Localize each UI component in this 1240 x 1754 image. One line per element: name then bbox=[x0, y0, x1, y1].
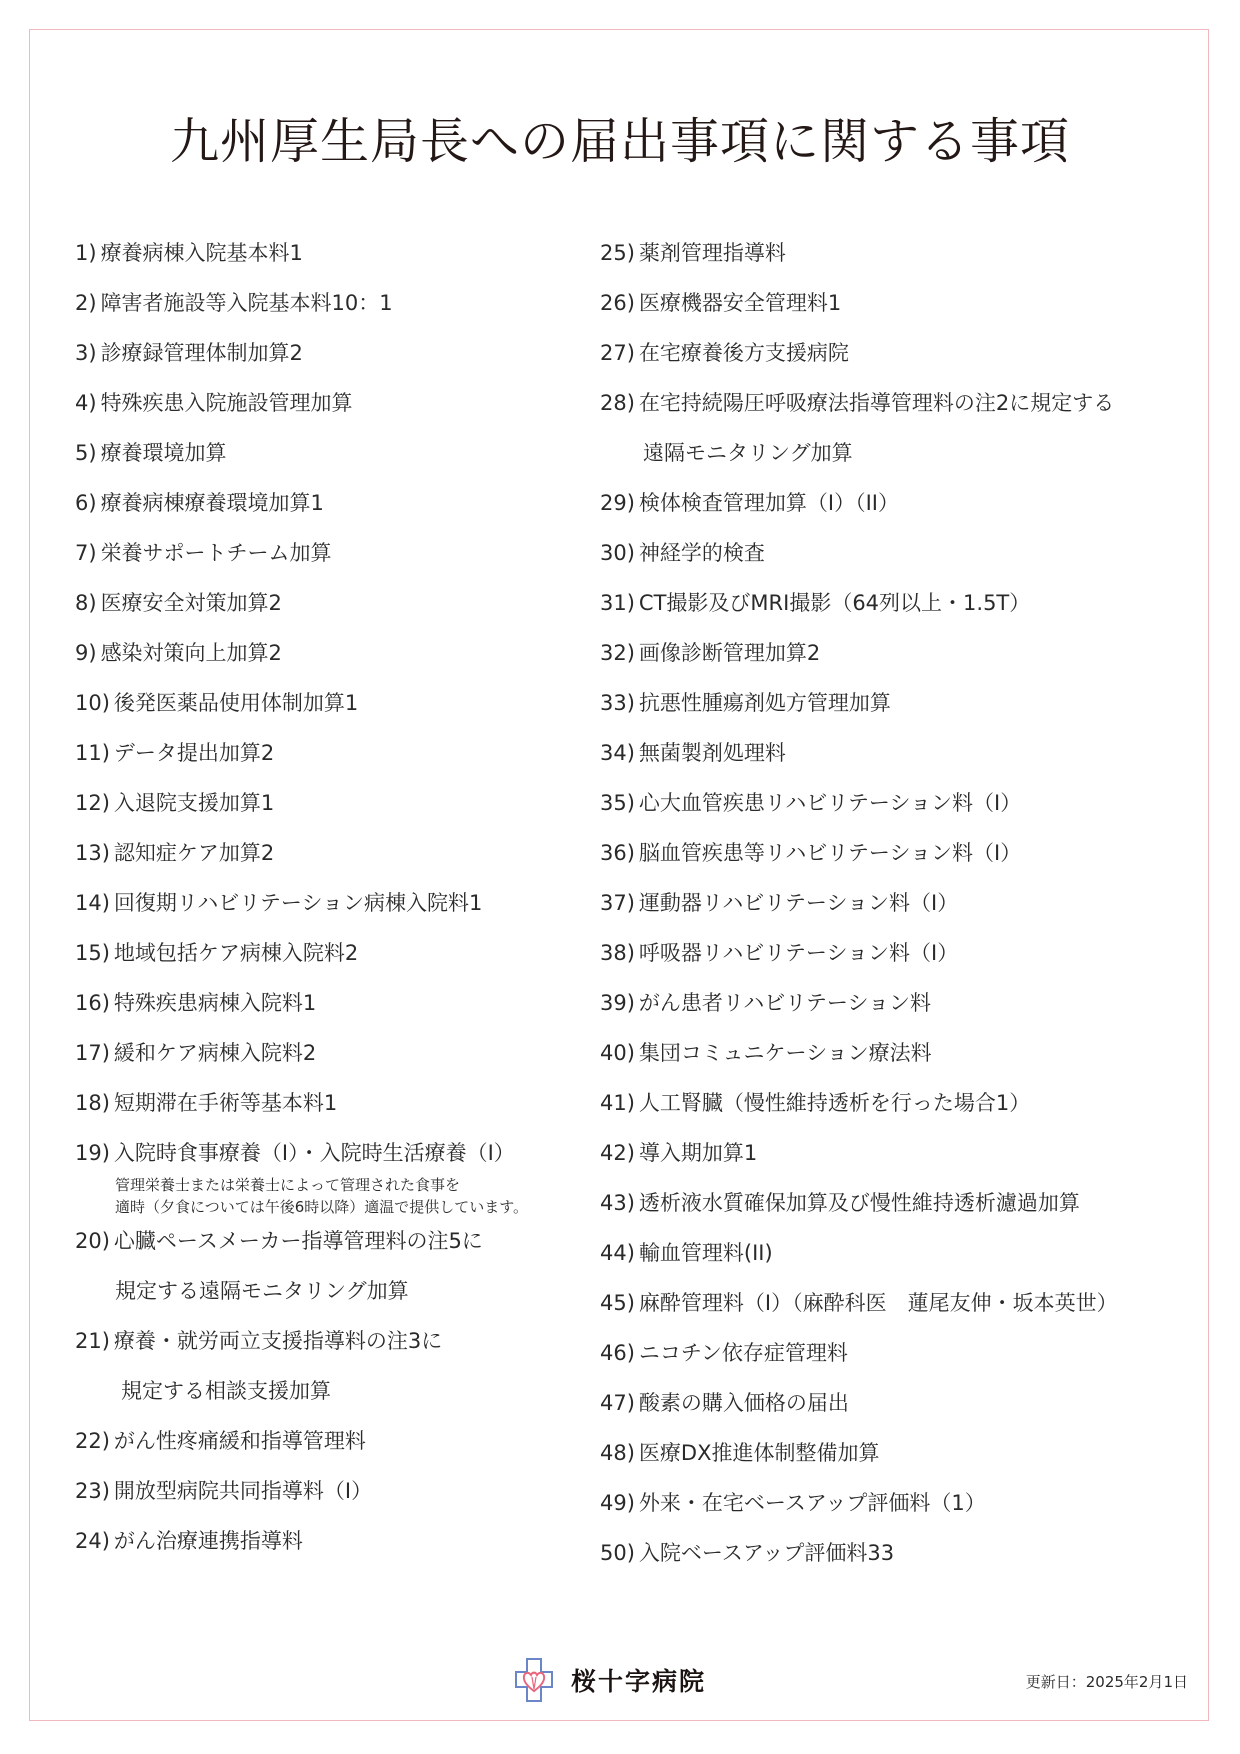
item-text: 心臓ペースメーカー指導管理料の注5に bbox=[114, 1229, 483, 1253]
list-item: 31)CT撮影及びMRI撮影（64列以上・1.5T） bbox=[600, 586, 1190, 636]
item-number: 21) bbox=[75, 1329, 110, 1353]
item-number: 41) bbox=[600, 1091, 635, 1115]
item-number: 42) bbox=[600, 1141, 635, 1165]
item-text: 特殊疾患病棟入院料1 bbox=[114, 991, 316, 1015]
list-item: 22)がん性疼痛緩和指導管理料 bbox=[75, 1424, 595, 1474]
list-item: 40)集団コミュニケーション療法料 bbox=[600, 1036, 1190, 1086]
item-number: 49) bbox=[600, 1491, 635, 1515]
list-item: 32)画像診断管理加算2 bbox=[600, 636, 1190, 686]
item-number: 2) bbox=[75, 291, 97, 315]
left-column: 1)療養病棟入院基本料1 2)障害者施設等入院基本料10：1 3)診療録管理体制… bbox=[75, 236, 595, 1574]
list-item: 14)回復期リハビリテーション病棟入院料1 bbox=[75, 886, 595, 936]
list-item: 23)開放型病院共同指導料（I） bbox=[75, 1474, 595, 1524]
item-number: 46) bbox=[600, 1341, 635, 1365]
list-item: 35)心大血管疾患リハビリテーション料（I） bbox=[600, 786, 1190, 836]
list-item: 17)緩和ケア病棟入院料2 bbox=[75, 1036, 595, 1086]
item-number: 14) bbox=[75, 891, 110, 915]
list-item: 11)データ提出加算2 bbox=[75, 736, 595, 786]
list-item: 45)麻酔管理料（I）（麻酔科医 蓮尾友伸・坂本英世） bbox=[600, 1286, 1190, 1336]
list-item: 9)感染対策向上加算2 bbox=[75, 636, 595, 686]
hospital-logo: 桜十字病院 bbox=[515, 1658, 706, 1702]
item-number: 15) bbox=[75, 941, 110, 965]
item-number: 18) bbox=[75, 1091, 110, 1115]
item-number: 9) bbox=[75, 641, 97, 665]
item-text: データ提出加算2 bbox=[114, 741, 274, 765]
list-item: 4)特殊疾患入院施設管理加算 bbox=[75, 386, 595, 436]
list-item: 49)外来・在宅ベースアップ評価料（1） bbox=[600, 1486, 1190, 1536]
item-text: 短期滞在手術等基本料1 bbox=[114, 1091, 337, 1115]
item-number: 19) bbox=[75, 1141, 110, 1165]
list-item: 26)医療機器安全管理料1 bbox=[600, 286, 1190, 336]
item-text: 認知症ケア加算2 bbox=[114, 841, 274, 865]
item-text: 感染対策向上加算2 bbox=[101, 641, 282, 665]
item-number: 27) bbox=[600, 341, 635, 365]
item-number: 50) bbox=[600, 1541, 635, 1565]
item-number: 23) bbox=[75, 1479, 110, 1503]
item-text: 酸素の購入価格の届出 bbox=[639, 1391, 849, 1415]
item-text: 神経学的検査 bbox=[639, 541, 765, 565]
list-item: 50)入院ベースアップ評価料33 bbox=[600, 1536, 1190, 1586]
item-text: 在宅持続陽圧呼吸療法指導管理料の注2に規定する bbox=[639, 391, 1114, 415]
item-text: 診療録管理体制加算2 bbox=[101, 341, 303, 365]
list-item: 38)呼吸器リハビリテーション料（I） bbox=[600, 936, 1190, 986]
list-item: 18)短期滞在手術等基本料1 bbox=[75, 1086, 595, 1136]
item-text: 呼吸器リハビリテーション料（I） bbox=[639, 941, 958, 965]
item-number: 13) bbox=[75, 841, 110, 865]
item-text: 集団コミュニケーション療法料 bbox=[639, 1041, 932, 1065]
item-text: 療養病棟療養環境加算1 bbox=[101, 491, 324, 515]
list-item-continuation: 規定する相談支援加算 bbox=[75, 1374, 595, 1424]
list-item: 33)抗悪性腫瘍剤処方管理加算 bbox=[600, 686, 1190, 736]
item-text: 遠隔モニタリング加算 bbox=[643, 441, 853, 465]
list-item: 21)療養・就労両立支援指導料の注3に bbox=[75, 1324, 595, 1374]
item-text: 障害者施設等入院基本料10：1 bbox=[101, 291, 393, 315]
item-text: 療養環境加算 bbox=[101, 441, 227, 465]
list-item: 13)認知症ケア加算2 bbox=[75, 836, 595, 886]
list-item: 1)療養病棟入院基本料1 bbox=[75, 236, 595, 286]
item-text: 無菌製剤処理料 bbox=[639, 741, 786, 765]
item-number: 39) bbox=[600, 991, 635, 1015]
item-number: 35) bbox=[600, 791, 635, 815]
item-text: 人工腎臓（慢性維持透析を行った場合1） bbox=[639, 1091, 1030, 1115]
item-text: 透析液水質確保加算及び慢性維持透析濾過加算 bbox=[639, 1191, 1080, 1215]
item-number: 31) bbox=[600, 591, 635, 615]
item-text: 医療DX推進体制整備加算 bbox=[639, 1441, 880, 1465]
list-item: 43)透析液水質確保加算及び慢性維持透析濾過加算 bbox=[600, 1186, 1190, 1236]
item-text: がん性疼痛緩和指導管理料 bbox=[114, 1429, 366, 1453]
right-column: 25)薬剤管理指導料 26)医療機器安全管理料1 27)在宅療養後方支援病院 2… bbox=[600, 236, 1190, 1586]
item-number: 8) bbox=[75, 591, 97, 615]
item-text: 規定する遠隔モニタリング加算 bbox=[115, 1279, 409, 1303]
list-item: 25)薬剤管理指導料 bbox=[600, 236, 1190, 286]
item-text: がん患者リハビリテーション料 bbox=[639, 991, 931, 1015]
item-text: 画像診断管理加算2 bbox=[639, 641, 820, 665]
item-text: 療養病棟入院基本料1 bbox=[101, 241, 303, 265]
item-number: 25) bbox=[600, 241, 635, 265]
list-item: 7)栄養サポートチーム加算 bbox=[75, 536, 595, 586]
list-item: 36)脳血管疾患等リハビリテーション料（I） bbox=[600, 836, 1190, 886]
item-number: 36) bbox=[600, 841, 635, 865]
item-number: 24) bbox=[75, 1529, 110, 1553]
item-text: 医療機器安全管理料1 bbox=[639, 291, 841, 315]
list-item: 27)在宅療養後方支援病院 bbox=[600, 336, 1190, 386]
item-number: 26) bbox=[600, 291, 635, 315]
item-number: 22) bbox=[75, 1429, 110, 1453]
list-item: 42)導入期加算1 bbox=[600, 1136, 1190, 1186]
meal-service-note: 管理栄養士または栄養士によって管理された食事を 適時（夕食については午後6時以降… bbox=[75, 1174, 595, 1218]
list-item: 20)心臓ペースメーカー指導管理料の注5に bbox=[75, 1224, 595, 1274]
item-text: 在宅療養後方支援病院 bbox=[639, 341, 849, 365]
list-item-continuation: 遠隔モニタリング加算 bbox=[600, 436, 1190, 486]
note-line: 管理栄養士または栄養士によって管理された食事を bbox=[115, 1174, 595, 1196]
item-number: 7) bbox=[75, 541, 97, 565]
list-item: 15)地域包括ケア病棟入院料2 bbox=[75, 936, 595, 986]
list-item: 5)療養環境加算 bbox=[75, 436, 595, 486]
item-number: 44) bbox=[600, 1241, 635, 1265]
item-text: がん治療連携指導料 bbox=[114, 1529, 303, 1553]
item-number: 29) bbox=[600, 491, 635, 515]
item-number: 45) bbox=[600, 1291, 635, 1315]
item-text: 規定する相談支援加算 bbox=[121, 1379, 331, 1403]
item-number: 10) bbox=[75, 691, 110, 715]
item-text: 検体検査管理加算（I）（II） bbox=[639, 491, 899, 515]
list-item: 39)がん患者リハビリテーション料 bbox=[600, 986, 1190, 1036]
list-item: 2)障害者施設等入院基本料10：1 bbox=[75, 286, 595, 336]
item-number: 48) bbox=[600, 1441, 635, 1465]
item-text: 運動器リハビリテーション料（I） bbox=[639, 891, 958, 915]
item-text: ニコチン依存症管理料 bbox=[639, 1341, 848, 1365]
list-item: 28)在宅持続陽圧呼吸療法指導管理料の注2に規定する bbox=[600, 386, 1190, 436]
list-item: 24)がん治療連携指導料 bbox=[75, 1524, 595, 1574]
item-text: 医療安全対策加算2 bbox=[101, 591, 282, 615]
hospital-name: 桜十字病院 bbox=[571, 1662, 706, 1698]
item-number: 30) bbox=[600, 541, 635, 565]
item-number: 43) bbox=[600, 1191, 635, 1215]
list-item: 41)人工腎臓（慢性維持透析を行った場合1） bbox=[600, 1086, 1190, 1136]
item-number: 11) bbox=[75, 741, 110, 765]
item-number: 37) bbox=[600, 891, 635, 915]
item-text: 地域包括ケア病棟入院料2 bbox=[114, 941, 358, 965]
item-number: 17) bbox=[75, 1041, 110, 1065]
list-item: 44)輸血管理料(II) bbox=[600, 1236, 1190, 1286]
item-number: 47) bbox=[600, 1391, 635, 1415]
item-text: 開放型病院共同指導料（I） bbox=[114, 1479, 372, 1503]
item-number: 28) bbox=[600, 391, 635, 415]
list-item: 3)診療録管理体制加算2 bbox=[75, 336, 595, 386]
item-text: 療養・就労両立支援指導料の注3に bbox=[114, 1329, 442, 1353]
item-number: 32) bbox=[600, 641, 635, 665]
item-text: 入退院支援加算1 bbox=[114, 791, 274, 815]
item-text: 後発医薬品使用体制加算1 bbox=[114, 691, 358, 715]
cross-heart-logo-icon bbox=[515, 1658, 553, 1702]
note-line: 適時（夕食については午後6時以降）適温で提供しています。 bbox=[115, 1196, 595, 1218]
item-text: CT撮影及びMRI撮影（64列以上・1.5T） bbox=[639, 591, 1030, 615]
item-text: 導入期加算1 bbox=[639, 1141, 757, 1165]
item-text: 脳血管疾患等リハビリテーション料（I） bbox=[639, 841, 1021, 865]
item-text: 入院時食事療養（I）・入院時生活療養（I） bbox=[114, 1141, 515, 1165]
item-number: 33) bbox=[600, 691, 635, 715]
item-number: 4) bbox=[75, 391, 97, 415]
item-number: 16) bbox=[75, 991, 110, 1015]
item-number: 20) bbox=[75, 1229, 110, 1253]
item-text: 麻酔管理料（I）（麻酔科医 蓮尾友伸・坂本英世） bbox=[639, 1291, 1118, 1315]
item-text: 抗悪性腫瘍剤処方管理加算 bbox=[639, 691, 891, 715]
item-text: 心大血管疾患リハビリテーション料（I） bbox=[639, 791, 1021, 815]
item-text: 外来・在宅ベースアップ評価料（1） bbox=[639, 1491, 986, 1515]
list-item: 12)入退院支援加算1 bbox=[75, 786, 595, 836]
list-item: 37)運動器リハビリテーション料（I） bbox=[600, 886, 1190, 936]
item-number: 5) bbox=[75, 441, 97, 465]
item-text: 栄養サポートチーム加算 bbox=[101, 541, 332, 565]
list-item: 10)後発医薬品使用体制加算1 bbox=[75, 686, 595, 736]
item-text: 薬剤管理指導料 bbox=[639, 241, 786, 265]
item-number: 1) bbox=[75, 241, 97, 265]
list-item: 6)療養病棟療養環境加算1 bbox=[75, 486, 595, 536]
item-number: 34) bbox=[600, 741, 635, 765]
list-item: 29)検体検査管理加算（I）（II） bbox=[600, 486, 1190, 536]
item-number: 40) bbox=[600, 1041, 635, 1065]
item-text: 輸血管理料(II) bbox=[639, 1241, 773, 1265]
list-item: 46)ニコチン依存症管理料 bbox=[600, 1336, 1190, 1386]
list-item: 48)医療DX推進体制整備加算 bbox=[600, 1436, 1190, 1486]
list-item: 30)神経学的検査 bbox=[600, 536, 1190, 586]
list-item: 47)酸素の購入価格の届出 bbox=[600, 1386, 1190, 1436]
updated-date: 更新日：2025年2月1日 bbox=[1026, 1671, 1188, 1692]
item-text: 緩和ケア病棟入院料2 bbox=[114, 1041, 316, 1065]
item-number: 3) bbox=[75, 341, 97, 365]
item-number: 12) bbox=[75, 791, 110, 815]
list-item-continuation: 規定する遠隔モニタリング加算 bbox=[75, 1274, 595, 1324]
item-text: 入院ベースアップ評価料33 bbox=[639, 1541, 894, 1565]
list-item: 34)無菌製剤処理料 bbox=[600, 736, 1190, 786]
list-item: 8)医療安全対策加算2 bbox=[75, 586, 595, 636]
item-text: 回復期リハビリテーション病棟入院料1 bbox=[114, 891, 482, 915]
item-number: 38) bbox=[600, 941, 635, 965]
list-item: 16)特殊疾患病棟入院料1 bbox=[75, 986, 595, 1036]
item-text: 特殊疾患入院施設管理加算 bbox=[101, 391, 353, 415]
page-title: 九州厚生局長への届出事項に関する事項 bbox=[0, 112, 1240, 172]
item-number: 6) bbox=[75, 491, 97, 515]
